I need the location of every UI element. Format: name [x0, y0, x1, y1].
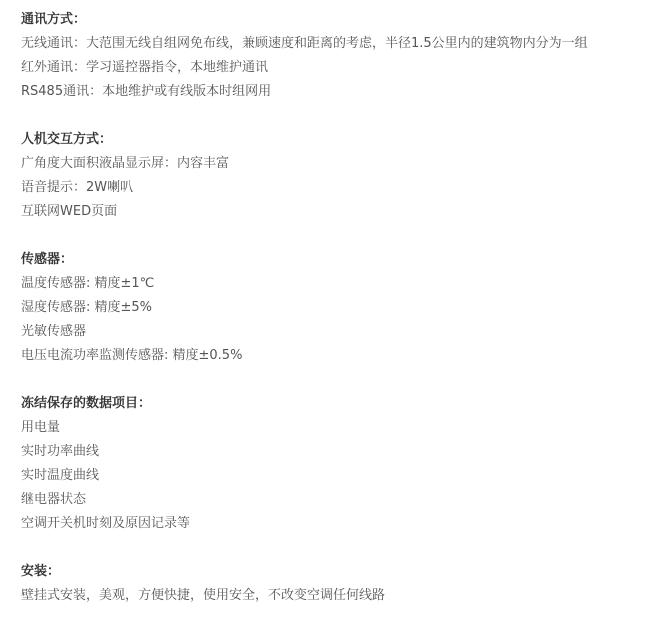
- list-item: 温度传感器: 精度±1℃: [21, 272, 646, 296]
- list-item: 语音提示：2W喇叭: [21, 176, 646, 200]
- section-heading: 人机交互方式：: [21, 128, 646, 152]
- list-item: 无线通讯：大范围无线自组网免布线，兼顾速度和距离的考虑，半径1.5公里内的建筑物…: [21, 32, 646, 56]
- list-item: 光敏传感器: [21, 320, 646, 344]
- list-item: 湿度传感器: 精度±5%: [21, 296, 646, 320]
- list-item: 用电量: [21, 416, 646, 440]
- section-interaction: 人机交互方式： 广角度大面积液晶显示屏：内容丰富 语音提示：2W喇叭 互联网WE…: [21, 128, 646, 224]
- list-item: 实时温度曲线: [21, 464, 646, 488]
- list-item: 壁挂式安装，美观，方便快捷，使用安全，不改变空调任何线路: [21, 584, 646, 608]
- section-heading: 传感器：: [21, 248, 646, 272]
- section-installation: 安装： 壁挂式安装，美观，方便快捷，使用安全，不改变空调任何线路: [21, 560, 646, 608]
- section-sensors: 传感器： 温度传感器: 精度±1℃ 湿度传感器: 精度±5% 光敏传感器 电压电…: [21, 248, 646, 368]
- list-item: 互联网WED页面: [21, 200, 646, 224]
- list-item: 广角度大面积液晶显示屏：内容丰富: [21, 152, 646, 176]
- list-item: 电压电流功率监测传感器: 精度±0.5%: [21, 344, 646, 368]
- list-item: 红外通讯：学习遥控器指令，本地维护通讯: [21, 56, 646, 80]
- section-heading: 安装：: [21, 560, 646, 584]
- list-item: 实时功率曲线: [21, 440, 646, 464]
- spec-document: 通讯方式： 无线通讯：大范围无线自组网免布线，兼顾速度和距离的考虑，半径1.5公…: [0, 0, 646, 608]
- list-item: 空调开关机时刻及原因记录等: [21, 512, 646, 536]
- section-heading: 通讯方式：: [21, 8, 646, 32]
- section-communication: 通讯方式： 无线通讯：大范围无线自组网免布线，兼顾速度和距离的考虑，半径1.5公…: [21, 8, 646, 104]
- list-item: RS485通讯：本地维护或有线版本时组网用: [21, 80, 646, 104]
- list-item: 继电器状态: [21, 488, 646, 512]
- section-heading: 冻结保存的数据项目：: [21, 392, 646, 416]
- section-frozen-data: 冻结保存的数据项目： 用电量 实时功率曲线 实时温度曲线 继电器状态 空调开关机…: [21, 392, 646, 536]
